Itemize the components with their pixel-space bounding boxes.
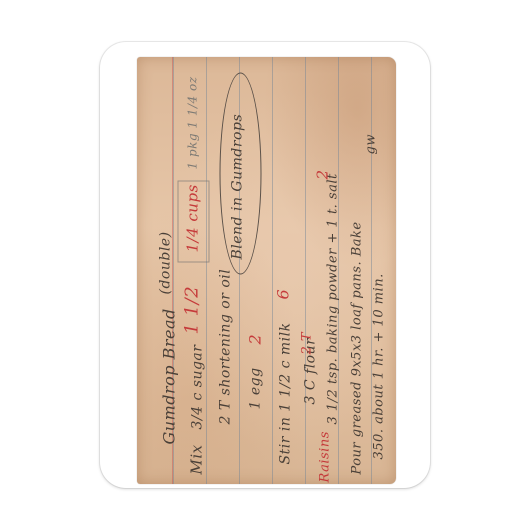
red-note-raisins: Raisins [317, 431, 332, 482]
ingredient-line-8: 350. about 1 hr. + 10 min. [371, 273, 386, 459]
ingredient-line-6: 3 1/2 tsp. baking powder + 1 t. salt [325, 173, 340, 424]
recipe-card: Gumdrop Bread (double) 1 1/2 1/4 cups 1 … [137, 57, 396, 484]
gumdrops-amount: 1 pkg 1 1/4 oz [185, 76, 199, 169]
recipe-title-note: (double) [157, 231, 173, 294]
red-note-milk: 6 [273, 288, 292, 299]
ingredient-line-7: Pour greased 9x5x3 loaf pans. Bake [349, 221, 364, 474]
handwritten-recipe: Gumdrop Bread (double) 1 1/2 1/4 cups 1 … [137, 57, 396, 484]
margin-note-mix: Mix [187, 444, 205, 474]
red-note-egg: 2 [245, 333, 264, 344]
blend-note: Blend in Gumdrops [229, 113, 245, 259]
red-note-flour: 2 T [299, 331, 314, 354]
recipe-title: Gumdrop Bread [159, 308, 178, 444]
ingredient-line-1: 3/4 c sugar [189, 344, 205, 429]
ingredient-line-4: Stir in 1 1/2 c milk [277, 322, 293, 464]
red-note-salt: 2 [313, 169, 331, 179]
red-note-cups: 1/4 cups [183, 184, 201, 252]
red-note-sugar: 1 1/2 [181, 285, 202, 334]
signature: gw [363, 134, 378, 154]
ingredient-line-3: 1 egg [247, 367, 263, 409]
ingredient-line-2: 2 T shortening or oil [217, 268, 233, 424]
